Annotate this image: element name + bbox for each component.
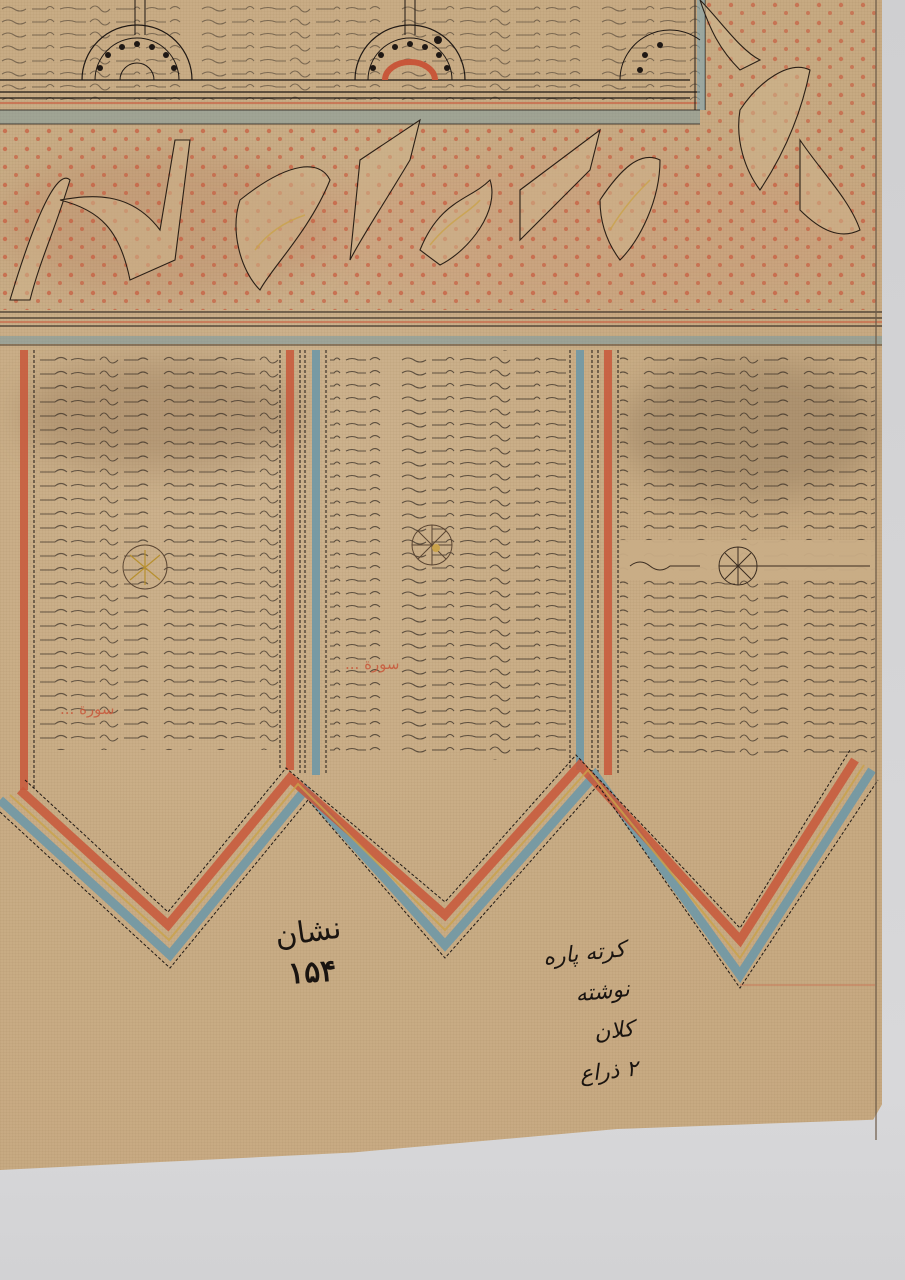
text-panel-right <box>620 350 875 760</box>
annotation-persian-note: کرته پاره نوشته کلان ۲ ذراع <box>524 930 640 1100</box>
eight-spoke-star-medallion-icon <box>412 525 452 565</box>
surah-heading: سورة ... <box>60 700 115 718</box>
annotation-number: ۱۵۴ <box>287 953 338 991</box>
text-panel-center <box>330 350 570 760</box>
text-panel-left <box>40 350 280 750</box>
top-frame <box>0 0 705 124</box>
manuscript-artwork <box>0 0 905 1280</box>
surah-heading: سورة ... <box>345 655 400 673</box>
note-line: نوشته کلان <box>528 970 636 1060</box>
